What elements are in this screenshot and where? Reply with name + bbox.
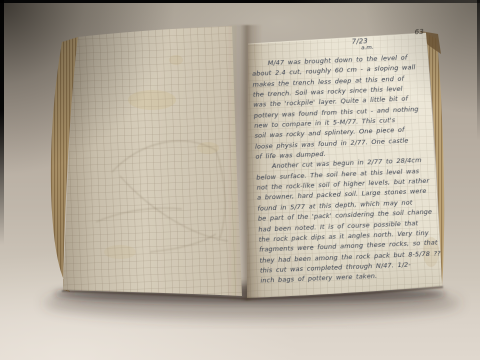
- left-page: [63, 26, 242, 296]
- right-page-writing: 7/23 a.m. 63 M/47 was brought down to th…: [246, 38, 454, 298]
- page-number: 63: [414, 27, 424, 36]
- photo-top-border: [0, 0, 480, 3]
- handwriting-lines: M/47 was brought down to the level ofabo…: [252, 51, 453, 286]
- time-label: a.m.: [361, 45, 374, 51]
- photo-left-border: [0, 0, 4, 245]
- notebook-photo: 7/23 a.m. 63 M/47 was brought down to th…: [0, 0, 480, 360]
